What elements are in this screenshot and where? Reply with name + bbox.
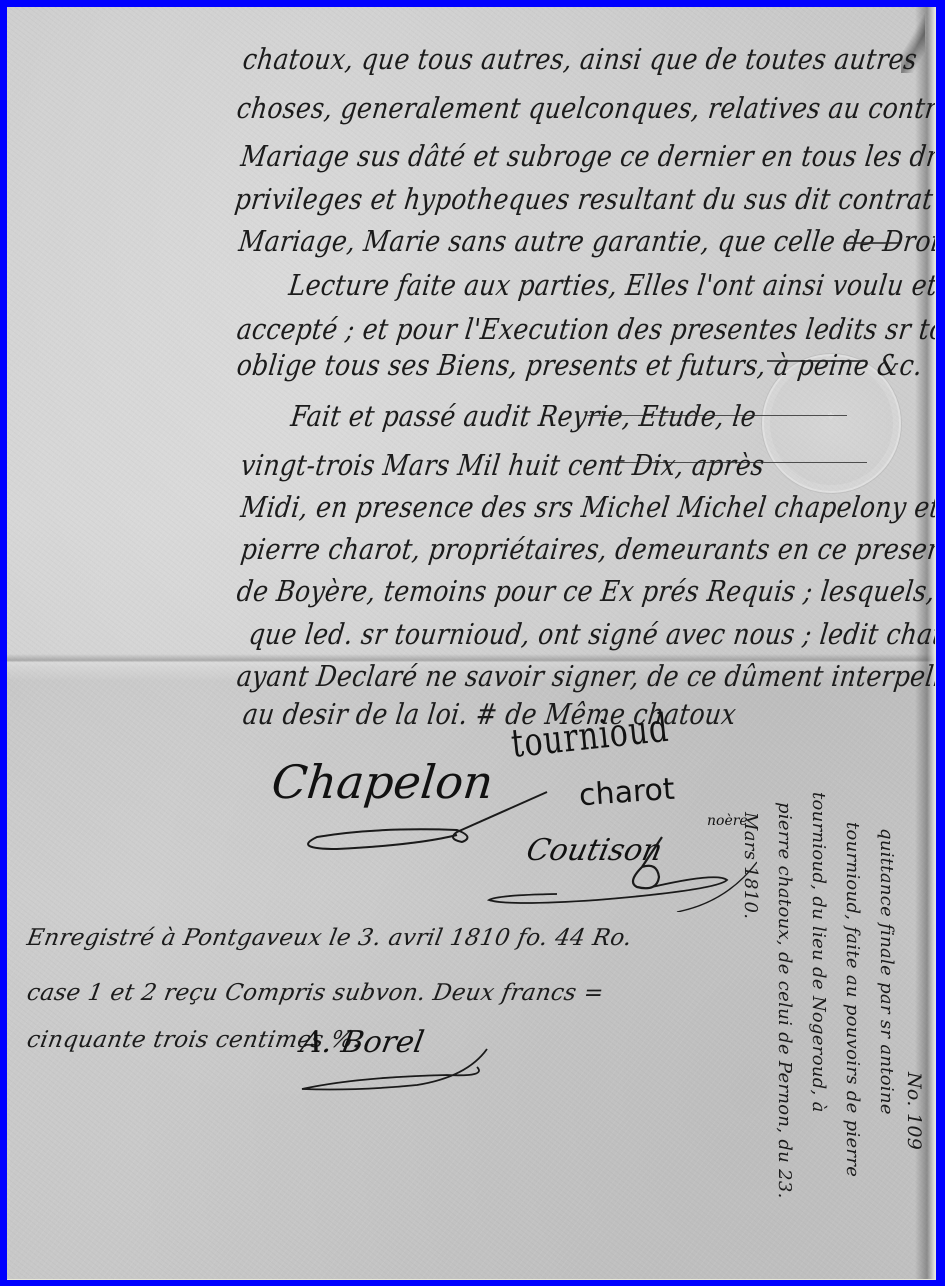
registration-line: Enregistré à Pontgaveux le 3. avril 1810… [25,925,634,951]
body-line: vingt-trois Mars Mil huit cent Dix, aprè… [239,449,766,482]
signature-notary: Coutison [523,833,665,868]
body-line: Mariage, Marie sans autre garantie, que … [237,225,936,258]
margin-note-line: tournioud, du lieu de Nogeroud, à [808,792,829,1113]
margin-note-line: Mars 1810. [740,812,761,919]
body-line: pierre charot, propriétaires, demeurants… [239,533,936,566]
body-line: Mariage sus dâté et subroge ce dernier e… [239,140,936,173]
body-line: Midi, en presence des srs Michel Michel … [239,491,936,524]
margin-note-number: No. 109 [903,1072,925,1150]
body-line: de Boyère, temoins pour ce Ex prés Requi… [235,575,936,608]
body-line: oblige tous ses Biens, presents et futur… [235,349,924,382]
registration-line: case 1 et 2 reçu Compris subvon. Deux fr… [25,980,606,1006]
body-line: Fait et passé audit Reyrie, Etude, le [289,400,758,433]
line-filler-rule [607,462,867,463]
signature-registrar: A. Borel [298,1025,427,1060]
signature-charot: charot [578,772,676,814]
body-line: chatoux, que tous autres, ainsi que de t… [241,43,919,76]
margin-note: No. 109 quittance finale par sr antoine … [727,822,927,1182]
seal-emblem: ⚜ [764,411,899,422]
margin-note-line: pierre chatoux, de celui de Pernon, du 2… [774,802,795,1199]
line-filler-rule [767,360,867,362]
signature-chapelon: Chapelon [269,755,496,809]
document-page: ⚜ chatoux, que tous autres, ainsi que de… [7,7,936,1280]
line-filler-rule [587,415,847,416]
body-line: privileges et hypotheques resultant du s… [233,183,936,216]
body-line: ayant Declaré ne savoir signer, de ce dû… [235,660,936,693]
body-line: que led. sr tournioud, ont signé avec no… [247,618,936,651]
margin-note-line: tournioud, faite au pouvoirs de pierre [842,822,863,1177]
margin-note-line: quittance finale par sr antoine [876,828,897,1115]
line-filler-rule [847,242,899,244]
body-line: accepté ; et pour l'Execution des presen… [235,313,936,346]
blue-frame-border: ⚜ chatoux, que tous autres, ainsi que de… [0,0,945,1286]
body-line: choses, generalement quelconques, relati… [235,92,936,125]
body-line: Lecture faite aux parties, Elles l'ont a… [287,269,936,302]
